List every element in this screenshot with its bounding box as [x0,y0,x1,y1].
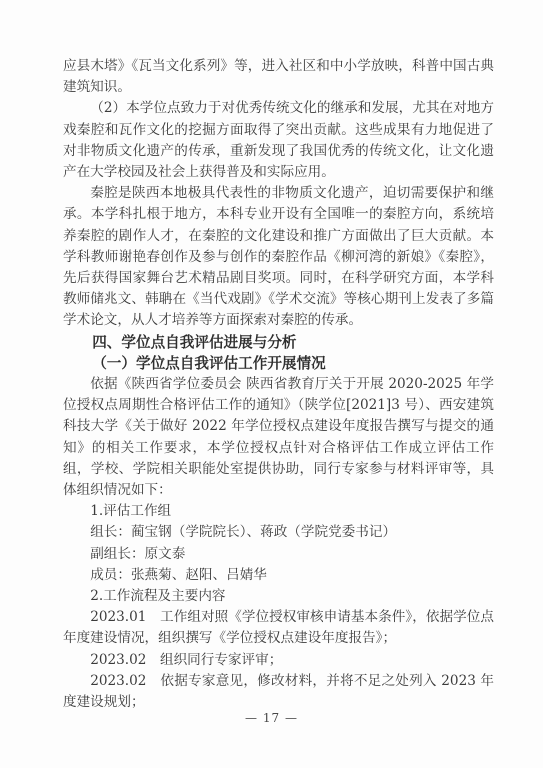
list-item-workflow-title: 2.工作流程及主要内容 [63,586,494,607]
paragraph: 秦腔是陕西本地极具代表性的非物质文化遗产，迫切需要保护和继承。本学科扎根于地方，… [63,183,494,331]
timeline-item: 2023.02 组织同行专家评审； [63,650,494,671]
page-number: — 17 — [0,711,543,725]
timeline-item: 2023.01 工作组对照《学位授权审核申请基本条件》，依据学位点年度建设情况，… [63,607,494,649]
list-item-leader: 组长：蔺宝钢（学院院长）、蒋政（学院党委书记） [63,522,494,543]
paragraph: 依据《陕西省学位委员会 陕西省教育厅关于开展 2020-2025 年学位授权点周… [63,374,494,501]
list-item-group-title: 1.评估工作组 [63,501,494,522]
document-page: 应县木塔》《瓦当文化系列》等，进入社区和中小学放映，科普中国古典建筑知识。 （2… [0,0,543,768]
section-heading: 四、学位点自我评估进展与分析 [63,332,494,353]
document-text-block: 应县木塔》《瓦当文化系列》等，进入社区和中小学放映，科普中国古典建筑知识。 （2… [63,56,494,713]
paragraph: （2）本学位点致力于对优秀传统文化的继承和发展，尤其在对地方戏秦腔和瓦作文化的挖… [63,98,494,183]
paragraph-continuation: 应县木塔》《瓦当文化系列》等，进入社区和中小学放映，科普中国古典建筑知识。 [63,56,494,98]
subsection-heading: （一）学位点自我评估工作开展情况 [63,353,494,374]
list-item-members: 成员：张燕菊、赵阳、吕婧华 [63,565,494,586]
list-item-deputy-leader: 副组长：原文泰 [63,544,494,565]
timeline-item: 2023.02 依据专家意见，修改材料，并将不足之处列入 2023 年度建设规划… [63,671,494,713]
